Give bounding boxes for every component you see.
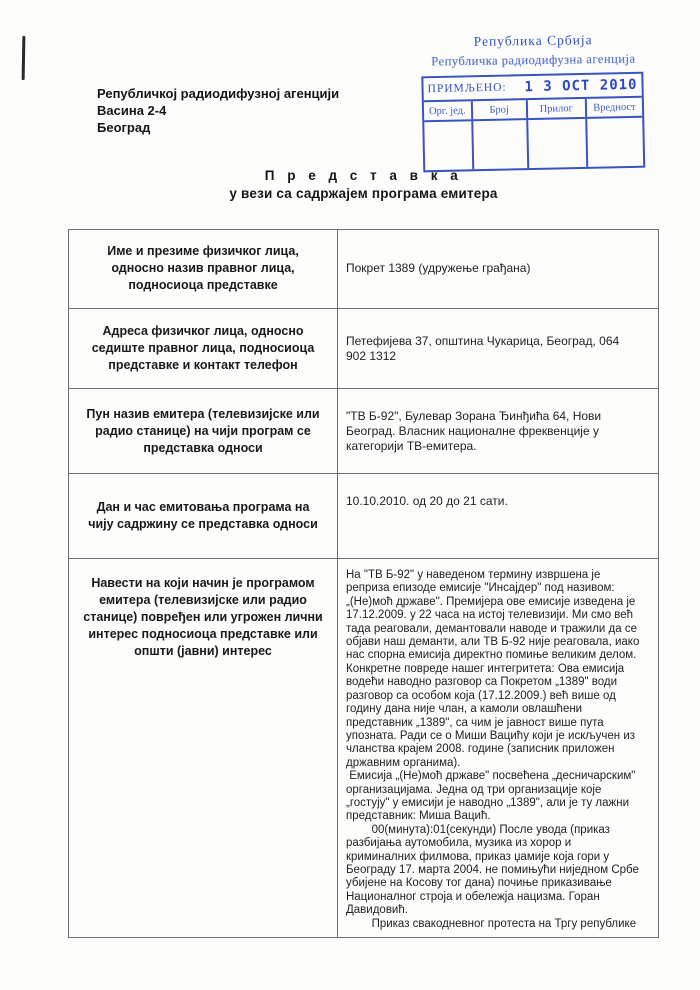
recipient-line-agency: Републичкој радиодифузној агенцији [97,85,339,102]
recipient-address: Републичкој радиодифузној агенцији Васин… [97,85,339,136]
stamp-col-header-broj: Број [472,100,527,119]
document-page: Република Србија Републичка радиодифузна… [0,0,700,990]
stamp-received-label: ПРИМЉЕНО: [427,81,524,95]
complaint-form-table: Име и презиме физичког лица, односно наз… [68,229,659,938]
form-value-cell: На "ТВ Б-92" у наведеном термину извршен… [338,559,658,937]
form-value-cell: 10.10.2010. од 20 до 21 сати. [338,474,658,558]
table-row-submitter-address: Адреса физичког лица, односно седиште пр… [69,309,658,390]
form-label-cell: Адреса физичког лица, односно седиште пр… [69,309,338,389]
stamp-org-line2: Републичка радиодифузна агенција [413,51,653,69]
stamp-org-line1: Република Србија [413,31,653,50]
table-row-submitter-name: Име и презиме физичког лица, односно наз… [69,230,658,309]
form-label-cell: Пун назив емитера (телевизијске или ради… [69,389,338,472]
agency-stamp: Република Србија Републичка радиодифузна… [413,31,655,171]
form-label-cell: Навести на који начин је програмом емите… [69,559,338,937]
stamp-empty-cell [587,118,643,167]
stamp-empty-cell [528,119,588,168]
stamp-received-box: ПРИМЉЕНО: 1 3 OCT 2010 Орг. јед. Број Пр… [421,72,645,173]
form-value-cell: Петефијева 37, општина Чукарица, Београд… [338,309,658,389]
table-row-broadcast-datetime: Дан и час емитовања програма на чију сад… [69,474,658,559]
recipient-line-city: Београд [97,119,339,136]
scan-artifact-mark [22,36,26,80]
stamp-col-header-org: Орг. јед. [424,101,473,120]
stamp-col-header-prilog: Прилог [527,99,587,118]
form-label-cell: Име и презиме физичког лица, односно наз… [69,230,338,308]
document-title: П р е д с т а в к а [68,168,659,183]
form-value-cell: "ТВ Б-92", Булевар Зорана Ђинђића 64, Но… [338,389,658,472]
recipient-line-street: Васина 2-4 [97,102,339,119]
document-subtitle: у вези са садржајем програма емитера [68,186,659,201]
stamp-empty-cell [473,120,529,169]
stamp-empty-cell [424,121,474,170]
form-label-cell: Дан и час емитовања програма на чију сад… [69,474,338,558]
document-title-block: П р е д с т а в к а у вези са садржајем … [68,168,659,201]
stamp-received-date: 1 3 OCT 2010 [524,77,637,95]
form-value-cell: Покрет 1389 (удружење грађана) [338,230,658,308]
table-row-broadcaster-name: Пун назив емитера (телевизијске или ради… [69,389,658,473]
stamp-col-header-vrednost: Вредност [587,98,642,117]
table-row-complaint-description: Навести на који начин је програмом емите… [69,559,658,937]
